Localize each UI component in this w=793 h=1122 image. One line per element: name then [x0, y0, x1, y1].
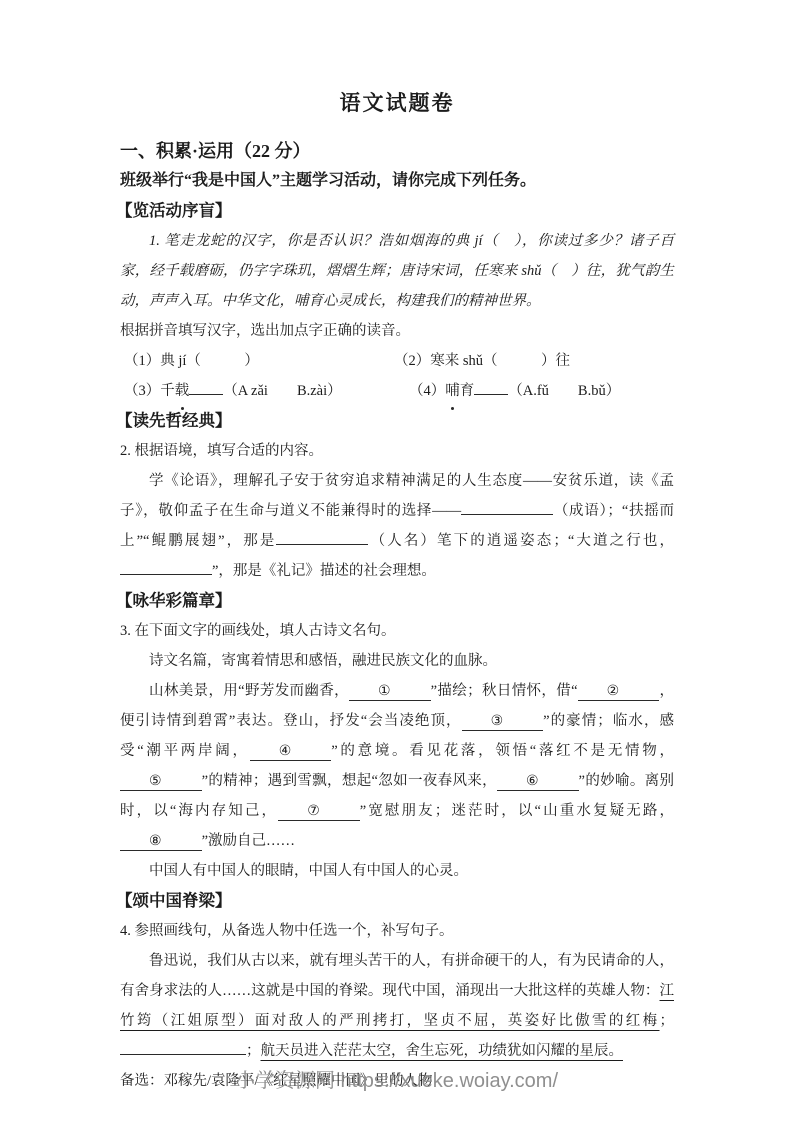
q3-fill-7: ⑦: [278, 804, 360, 821]
banner-preface: 【览活动序盲】: [116, 196, 674, 226]
q1-item-4-dotted-char: 哺: [445, 376, 460, 406]
q3-text-2: ”描绘；秋日情怀，借“: [431, 683, 578, 699]
q1-item-3-options: （A zǎi B.zài）: [223, 383, 341, 399]
section-heading: 一、积累·运用（22 分）: [120, 136, 674, 166]
q3-lead: 诗文名篇，寄寓着情思和感悟，融进民族文化的血脉。: [120, 646, 674, 676]
circled-number-8: ⑧: [149, 833, 162, 849]
q3-text-1: 山林美景，用“野芳发而幽香，: [149, 683, 349, 699]
q1-item-3-blank: [189, 381, 223, 395]
q2-blank-3: [120, 561, 212, 575]
q1-item-4: （4）哺育（A.fǔ B.bǔ）: [409, 376, 620, 406]
q3-text-9: ”激励自己……: [202, 833, 295, 849]
q2-blank-2: [276, 531, 368, 545]
q1-item-3: （3）千载（A zǎi B.zài）: [124, 376, 409, 406]
q3-text-6: ”的精神；遇到雪飘，想起“忽如一夜春风来，: [202, 773, 497, 789]
q4-paragraph: 鲁迅说，我们从古以来，就有埋头苦干的人，有拼命硬干的人，有为民请命的人，有舍身求…: [120, 946, 674, 1066]
q3-fill-5: ⑤: [120, 774, 202, 791]
circled-number-1: ①: [378, 683, 391, 699]
q1-item-4-prefix: （4）: [409, 383, 445, 399]
q1-item-4-options: （A.fǔ B.bǔ）: [508, 383, 620, 399]
circled-number-2: ②: [607, 683, 620, 699]
q1-items-row-1: （1）典 jí（ ） （2）寒来 shǔ（ ）往: [120, 346, 674, 376]
banner-poems: 【咏华彩篇章】: [116, 586, 674, 616]
q3-fill-1: ①: [349, 684, 431, 701]
q3-text-8: ”宽慰朋友；迷茫时，以“山重水复疑无路，: [360, 803, 674, 819]
q3-stem: 3. 在下面文字的画线处，填人古诗文名句。: [120, 616, 674, 646]
q2-paragraph: 学《论语》，理解孔子安于贫穷追求精神满足的人生态度——安贫乐道，读《孟子》，敬仰…: [120, 466, 674, 586]
q3-fill-2: ②: [578, 684, 660, 701]
q1-paragraph: 1. 笔走龙蛇的汉字，你是否认识？浩如烟海的典 jí（ ），你读过多少？诸子百家…: [120, 226, 674, 316]
q3-fill-8: ⑧: [120, 834, 202, 851]
q2-text-3: （人名）笔下的逍遥姿态；“大道之行也，: [368, 533, 674, 549]
q3-text-5: ”的意境。看见花落，领悟“落红不是无情物，: [331, 743, 674, 759]
q1-items-row-2: （3）千载（A zǎi B.zài） （4）哺育（A.fǔ B.bǔ）: [120, 376, 674, 406]
q4-text-1: 鲁迅说，我们从古以来，就有埋头苦干的人，有拼命硬干的人，有为民请命的人，有舍身求…: [120, 953, 674, 999]
q3-paragraph: 山林美景，用“野芳发而幽香，①”描绘；秋日情怀，借“②，便引诗情到碧霄”表达。登…: [120, 676, 674, 856]
q2-text-4: ”，那是《礼记》描述的社会理想。: [212, 563, 436, 579]
watermark-footer: 小学资源网 https://xueke.woiay.com/: [0, 1066, 793, 1096]
banner-backbone: 【颂中国脊梁】: [116, 886, 674, 916]
q2-blank-1: [461, 501, 553, 515]
exam-page: 语文试题卷 一、积累·运用（22 分） 班级举行“我是中国人”主题学习活动，请你…: [0, 0, 793, 1122]
q3-fill-6: ⑥: [497, 774, 579, 791]
q1-item-4-blank: [474, 381, 508, 395]
q4-separator-1: ；: [660, 1013, 675, 1029]
q1-instruction: 根据拼音填写汉字，选出加点字正确的读音。: [120, 316, 674, 346]
page-title: 语文试题卷: [120, 86, 674, 120]
q3-fill-4: ④: [250, 744, 332, 761]
circled-number-3: ③: [491, 713, 504, 729]
banner-classics: 【读先哲经典】: [116, 406, 674, 436]
circled-number-6: ⑥: [526, 773, 539, 789]
q3-closing-line: 中国人有中国人的眼睛，中国人有中国人的心灵。: [120, 856, 674, 886]
q1-item-1: （1）典 jí（ ）: [124, 346, 394, 376]
q1-item-2: （2）寒来 shǔ（ ）往: [394, 346, 570, 376]
q2-stem: 2. 根据语境，填写合适的内容。: [120, 436, 674, 466]
section-intro: 班级举行“我是中国人”主题学习活动，请你完成下列任务。: [120, 166, 674, 196]
q4-separator-2: ；: [246, 1043, 261, 1059]
circled-number-4: ④: [279, 743, 292, 759]
q1-item-3-prefix: （3）千: [124, 383, 175, 399]
q4-answer-blank: [120, 1041, 246, 1055]
q1-item-3-dotted-char: 载: [175, 376, 190, 406]
circled-number-7: ⑦: [307, 803, 320, 819]
exam-content-column: 语文试题卷 一、积累·运用（22 分） 班级举行“我是中国人”主题学习活动，请你…: [120, 86, 674, 1096]
q3-fill-3: ③: [462, 714, 544, 731]
q4-stem: 4. 参照画线句，从备选人物中任选一个，补写句子。: [120, 916, 674, 946]
q4-underlined-example-2: 航天员进入茫茫太空，舍生忘死，功绩犹如闪耀的星辰。: [261, 1043, 624, 1059]
circled-number-5: ⑤: [149, 773, 162, 789]
q1-item-4-mid: 育: [460, 383, 475, 399]
